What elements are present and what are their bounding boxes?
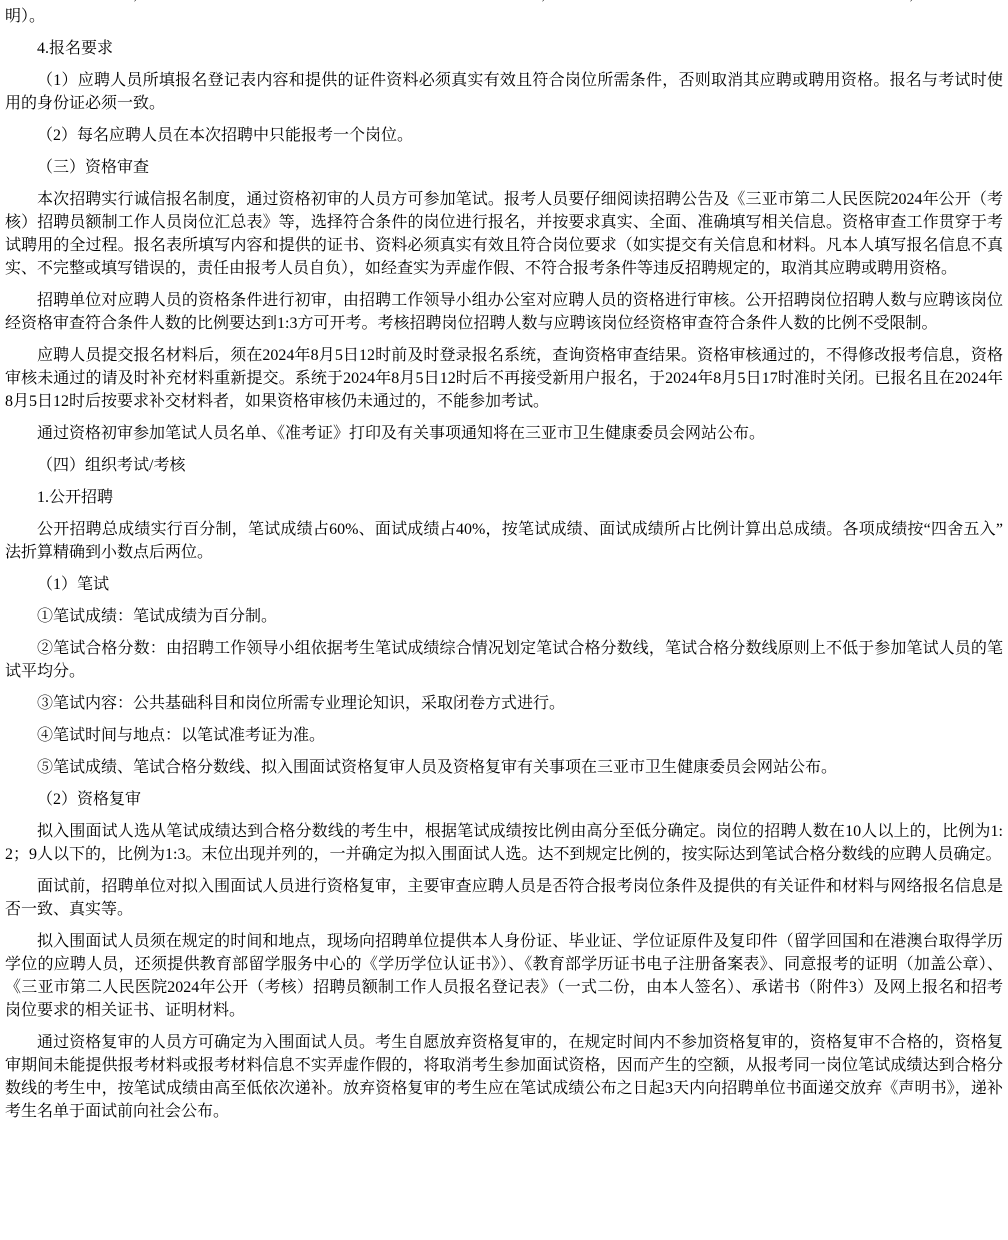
heading-signup-requirements: 4.报名要求 <box>5 37 1003 60</box>
heading-written-exam: （1）笔试 <box>5 573 1003 596</box>
paragraph-system-deadline: 应聘人员提交报名材料后，须在2024年8月5日12时前及时登录报名系统，查询资格… <box>5 344 1003 413</box>
paragraph-recheck-before-interview: 面试前，招聘单位对拟入围面试人员进行资格复审，主要审查应聘人员是否符合报考岗位条… <box>5 875 1003 921</box>
paragraph-signup-rule-1: （1）应聘人员所填报名登记表内容和提供的证件资料必须真实有效且符合岗位所需条件，… <box>5 69 1003 115</box>
heading-organize-exam: （四）组织考试/考核 <box>5 454 1003 477</box>
paragraph-written-exam-score: ①笔试成绩：笔试成绩为百分制。 <box>5 605 1003 628</box>
paragraph-written-exam-content: ③笔试内容：公共基础科目和岗位所需专业理论知识，采取闭卷方式进行。 <box>5 692 1003 715</box>
paragraph-interview-shortlist-ratio: 拟入围面试人选从笔试成绩达到合格分数线的考生中，根据笔试成绩按比例由高分至低分确… <box>5 820 1003 866</box>
clipped-top-text-line: 历学位的应聘人员，还须提供教育部留学服务中心出具的《学历学位认证书》，学历学位证… <box>5 0 1003 5</box>
document-page: 历学位的应聘人员，还须提供教育部留学服务中心出具的《学历学位认证书》，学历学位证… <box>0 0 1008 1240</box>
paragraph-written-exam-publish: ⑤笔试成绩、笔试合格分数线、拟入围面试资格复审人员及资格复审有关事项在三亚市卫生… <box>5 756 1003 779</box>
heading-qualification-recheck: （2）资格复审 <box>5 788 1003 811</box>
paragraph-admission-ticket-notice: 通过资格初审参加笔试人员名单、《准考证》打印及有关事项通知将在三亚市卫生健康委员… <box>5 422 1003 445</box>
paragraph-written-exam-time-place: ④笔试时间与地点：以笔试准考证为准。 <box>5 724 1003 747</box>
paragraph-recheck-materials: 拟入围面试人员须在规定的时间和地点，现场向招聘单位提供本人身份证、毕业证、学位证… <box>5 930 1003 1022</box>
paragraph-honest-signup-system: 本次招聘实行诚信报名制度，通过资格初审的人员方可参加笔试。报考人员要仔细阅读招聘… <box>5 188 1003 280</box>
paragraph-initial-review-ratio: 招聘单位对应聘人员的资格条件进行初审，由招聘工作领导小组办公室对应聘人员的资格进… <box>5 289 1003 335</box>
paragraph-score-weighting: 公开招聘总成绩实行百分制，笔试成绩占60%、面试成绩占40%，按笔试成绩、面试成… <box>5 518 1003 564</box>
heading-open-recruitment: 1.公开招聘 <box>5 486 1003 509</box>
paragraph-recheck-pass-and-replacement: 通过资格复审的人员方可确定为入围面试人员。考生自愿放弃资格复审的，在规定时间内不… <box>5 1031 1003 1123</box>
paragraph-signup-rule-2: （2）每名应聘人员在本次招聘中只能报考一个岗位。 <box>5 124 1003 147</box>
paragraph-continuation: 明）。 <box>5 5 1003 28</box>
heading-qualification-review: （三）资格审查 <box>5 156 1003 179</box>
paragraph-written-exam-passline: ②笔试合格分数：由招聘工作领导小组依据考生笔试成绩综合情况划定笔试合格分数线，笔… <box>5 637 1003 683</box>
